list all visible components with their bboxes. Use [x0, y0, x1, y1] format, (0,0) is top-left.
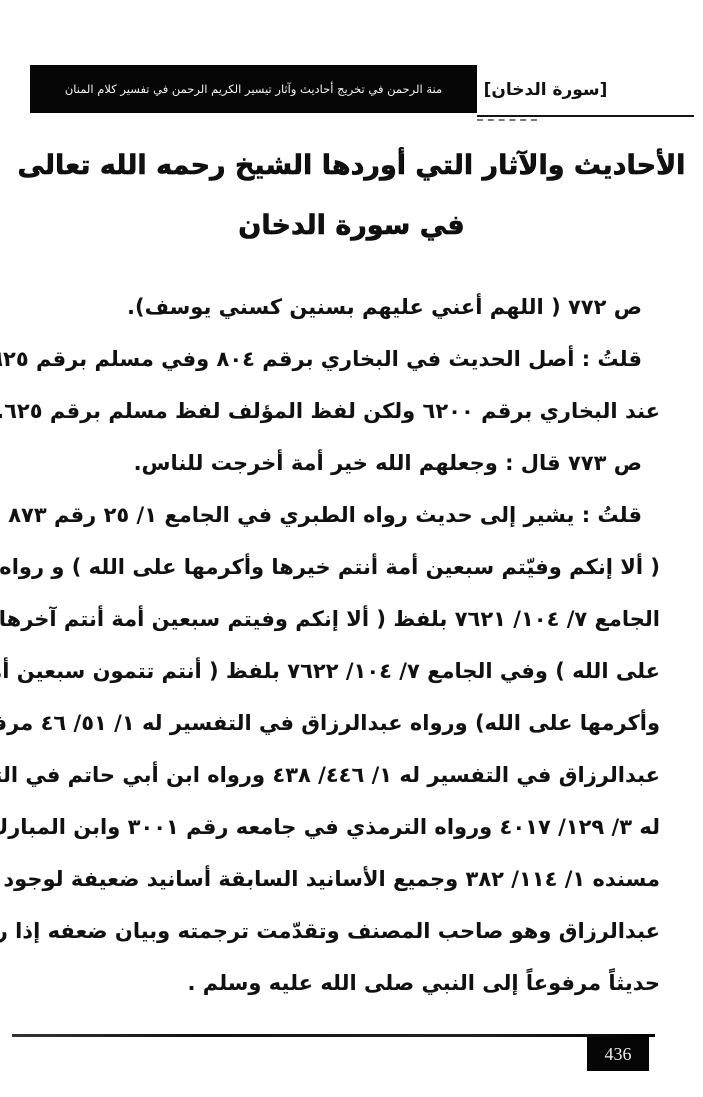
surah-label: [سورة الدخان]	[483, 80, 608, 110]
book-title-banner: منة الرحمن في تخريج أحاديث وآثار تيسير ا…	[30, 65, 477, 113]
body-line: قلتُ : أصل الحديث في البخاري برقم ٨٠٤ وف…	[30, 333, 660, 385]
body-line: ( ألا إنكم وفيّتم سبعين أمة أنتم خيرها و…	[30, 541, 660, 593]
body-line: عبدالرزاق في التفسير له ١/ ٤٤٦/ ٤٣٨ وروا…	[30, 749, 660, 801]
header-rule	[477, 115, 694, 117]
body-line: وأكرمها على الله) ورواه عبدالرزاق في الت…	[30, 697, 660, 749]
body-line: قلتُ : يشير إلى حديث رواه الطبري في الجا…	[30, 489, 660, 541]
section-title-line1: الأحاديث والآثار التي أوردها الشيخ رحمه …	[0, 150, 703, 181]
section-title-line2: في سورة الدخان	[0, 210, 703, 241]
body-line: على الله ) وفي الجامع ٧/ ١٠٤/ ٧٦٢٢ بلفظ …	[30, 645, 660, 697]
page-number: 436	[605, 1044, 632, 1065]
page-number-box: 436	[587, 1037, 649, 1071]
book-title-text: منة الرحمن في تخريج أحاديث وآثار تيسير ا…	[65, 82, 442, 96]
body-line: مسنده ١/ ١١٤/ ٣٨٢ وجميع الأسانيد السابقة…	[30, 853, 660, 905]
book-page: منة الرحمن في تخريج أحاديث وآثار تيسير ا…	[0, 0, 703, 1097]
body-line: الجامع ٧/ ١٠٤/ ٧٦٢١ بلفظ ( ألا إنكم وفيت…	[30, 593, 660, 645]
body-line: عند البخاري برقم ٦٢٠٠ ولكن لفظ المؤلف لف…	[30, 385, 660, 437]
body-line: حديثاً مرفوعاً إلى النبي صلى الله عليه و…	[30, 957, 660, 1009]
body-line: له ٣/ ١٢٩/ ٤٠١٧ ورواه الترمذي في جامعه ر…	[30, 801, 660, 853]
body-line: عبدالرزاق وهو صاحب المصنف وتقدّمت ترجمته…	[30, 905, 660, 957]
body-text: ص ٧٧٢ ( اللهم أعني عليهم بسنين كسني يوسف…	[30, 281, 660, 1009]
body-line: ص ٧٧٢ ( اللهم أعني عليهم بسنين كسني يوسف…	[30, 281, 660, 333]
footer-rule	[12, 1034, 655, 1037]
body-line: ص ٧٧٣ قال : وجعلهم الله خير أمة أخرجت لل…	[30, 437, 660, 489]
header-rule-dashes	[477, 119, 537, 121]
